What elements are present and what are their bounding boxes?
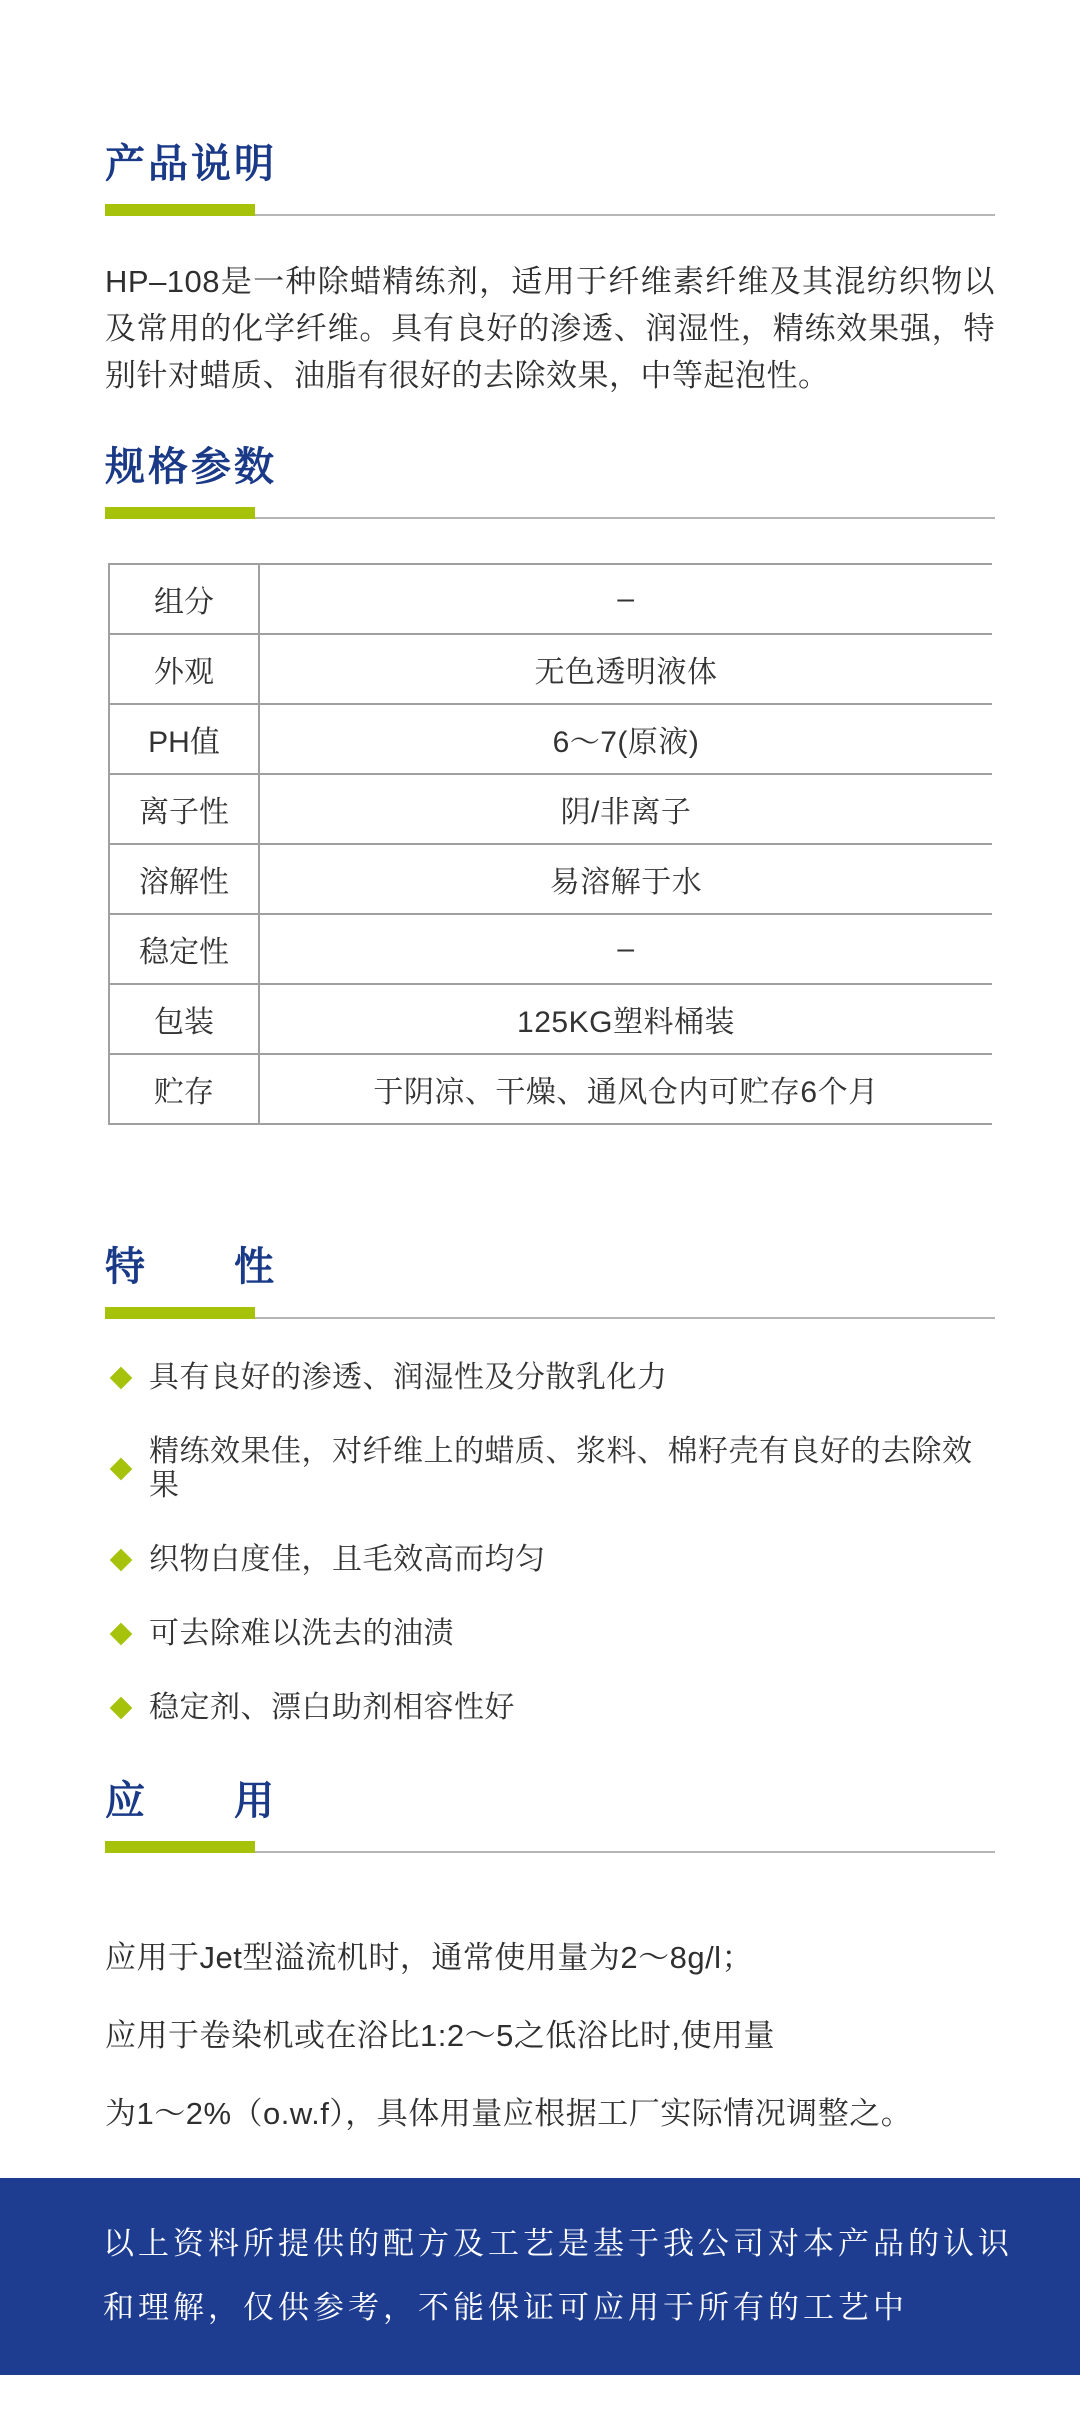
spec-table-row: 贮存 于阴凉、干燥、通风仓内可贮存6个月	[110, 1055, 992, 1125]
feature-text: 稳定剂、漂白助剂相容性好	[149, 1691, 515, 1725]
spec-table-row: 外观 无色透明液体	[110, 635, 992, 705]
spec-row-label: 离子性	[110, 775, 260, 843]
feature-text: 可去除难以洗去的油渍	[149, 1617, 454, 1651]
feature-list-item: 具有良好的渗透、润湿性及分散乳化力	[113, 1361, 995, 1395]
spec-row-label: 贮存	[110, 1055, 260, 1123]
diamond-bullet-icon	[110, 1367, 133, 1390]
diamond-bullet-icon	[110, 1623, 133, 1646]
diamond-bullet-icon	[110, 1458, 133, 1481]
underline-green-bar	[105, 507, 255, 519]
feature-list-item: 精练效果佳，对纤维上的蜡质、浆料、棉籽壳有良好的去除效果	[113, 1435, 995, 1503]
underline-green-bar	[105, 1841, 255, 1853]
spec-row-value: 125KG塑料桶装	[260, 985, 992, 1053]
section-specifications: 规格参数 组分 – 外观 无色透明液体 PH值 6～7(原液)	[105, 443, 995, 1125]
spec-row-value: 于阴凉、干燥、通风仓内可贮存6个月	[260, 1055, 992, 1123]
feature-text: 织物白度佳，且毛效高而均匀	[149, 1543, 546, 1577]
product-description-text: HP–108是一种除蜡精练剂，适用于纤维素纤维及其混纺织物以及常用的化学纤维。具…	[105, 258, 995, 399]
application-text-line: 应用于Jet型溢流机时，通常使用量为2～8g/l；	[105, 1919, 995, 1997]
spec-table-row: PH值 6～7(原液)	[110, 705, 992, 775]
spec-row-value: 6～7(原液)	[260, 705, 992, 773]
features-title: 特 性	[105, 1243, 995, 1291]
disclaimer-text-line: 以上资料所提供的配方及工艺是基于我公司对本产品的认识	[103, 2212, 1020, 2276]
underline-green-bar	[105, 204, 255, 216]
spec-table-row: 组分 –	[110, 565, 992, 635]
application-text-line: 应用于卷染机或在浴比1:2～5之低浴比时,使用量	[105, 1997, 995, 2075]
spec-row-value: 无色透明液体	[260, 635, 992, 703]
product-description-title: 产品说明	[105, 140, 995, 188]
spec-row-value: –	[260, 565, 992, 633]
application-text: 应用于Jet型溢流机时，通常使用量为2～8g/l； 应用于卷染机或在浴比1:2～…	[105, 1919, 995, 2153]
feature-list: 具有良好的渗透、润湿性及分散乳化力 精练效果佳，对纤维上的蜡质、浆料、棉籽壳有良…	[105, 1361, 995, 1725]
application-title: 应 用	[105, 1777, 995, 1825]
spec-row-label: 外观	[110, 635, 260, 703]
spec-row-value: –	[260, 915, 992, 983]
spec-table: 组分 – 外观 无色透明液体 PH值 6～7(原液) 离子性 阴/非离子	[108, 563, 992, 1125]
section-title-underline	[105, 1307, 995, 1319]
spec-row-value: 阴/非离子	[260, 775, 992, 843]
underline-green-bar	[105, 1307, 255, 1319]
specifications-title: 规格参数	[105, 443, 995, 491]
spec-row-label: 包装	[110, 985, 260, 1053]
spec-table-row: 包装 125KG塑料桶装	[110, 985, 992, 1055]
spec-row-label: PH值	[110, 705, 260, 773]
spec-row-label: 组分	[110, 565, 260, 633]
feature-list-item: 稳定剂、漂白助剂相容性好	[113, 1691, 995, 1725]
spec-row-label: 溶解性	[110, 845, 260, 913]
spec-row-value: 易溶解于水	[260, 845, 992, 913]
feature-list-item: 可去除难以洗去的油渍	[113, 1617, 995, 1651]
diamond-bullet-icon	[110, 1697, 133, 1720]
section-product-description: 产品说明 HP–108是一种除蜡精练剂，适用于纤维素纤维及其混纺织物以及常用的化…	[105, 140, 995, 399]
feature-text: 精练效果佳，对纤维上的蜡质、浆料、棉籽壳有良好的去除效果	[149, 1435, 995, 1503]
section-title-underline	[105, 507, 995, 519]
spec-table-row: 离子性 阴/非离子	[110, 775, 992, 845]
spec-table-row: 稳定性 –	[110, 915, 992, 985]
section-title-underline	[105, 1841, 995, 1853]
section-title-underline	[105, 204, 995, 216]
application-text-line: 为1～2%（o.w.f），具体用量应根据工厂实际情况调整之。	[105, 2075, 995, 2153]
diamond-bullet-icon	[110, 1549, 133, 1572]
spec-row-label: 稳定性	[110, 915, 260, 983]
disclaimer-footer: 以上资料所提供的配方及工艺是基于我公司对本产品的认识 和理解，仅供参考，不能保证…	[0, 2178, 1080, 2375]
feature-text: 具有良好的渗透、润湿性及分散乳化力	[149, 1361, 668, 1395]
section-features: 特 性 具有良好的渗透、润湿性及分散乳化力 精练效果佳，对纤维上的蜡质、浆料、棉…	[105, 1243, 995, 1725]
section-application: 应 用 应用于Jet型溢流机时，通常使用量为2～8g/l； 应用于卷染机或在浴比…	[105, 1777, 995, 2153]
spec-table-row: 溶解性 易溶解于水	[110, 845, 992, 915]
product-sheet-content: 产品说明 HP–108是一种除蜡精练剂，适用于纤维素纤维及其混纺织物以及常用的化…	[0, 0, 1080, 2153]
feature-list-item: 织物白度佳，且毛效高而均匀	[113, 1543, 995, 1577]
disclaimer-text-line: 和理解，仅供参考，不能保证可应用于所有的工艺中	[103, 2276, 1020, 2340]
